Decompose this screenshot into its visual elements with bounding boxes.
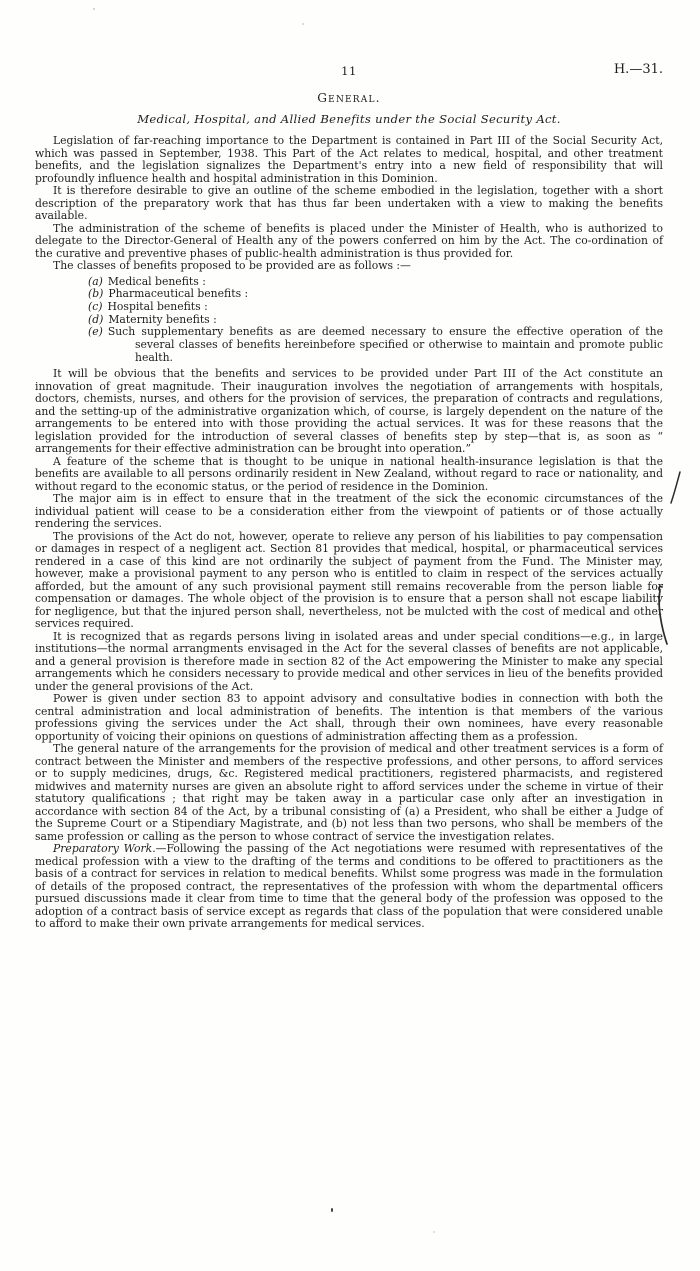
section-heading: General.	[35, 91, 663, 105]
list-item-label: (d)	[88, 313, 108, 326]
paragraph-administration: The administration of the scheme of bene…	[35, 223, 663, 261]
paragraph-preparatory-work: Preparatory Work.—Following the passing …	[35, 843, 663, 931]
paragraph-outline: It is therefore desirable to give an out…	[35, 185, 663, 223]
list-item-text: Such supplementary benefits as are deeme…	[108, 325, 663, 363]
scan-speck	[93, 8, 95, 10]
benefit-list-intro: The classes of benefits proposed to be p…	[35, 260, 663, 273]
list-item-label: (a)	[88, 275, 108, 288]
list-item-text: Hospital benefits :	[107, 300, 207, 313]
list-item-label: (e)	[88, 325, 108, 338]
list-item-label: (b)	[88, 287, 108, 300]
document-subtitle: Medical, Hospital, and Allied Benefits u…	[35, 112, 663, 126]
report-code: H.—31.	[614, 62, 663, 77]
paragraph-advisory-bodies: Power is given under section 83 to appoi…	[35, 693, 663, 743]
list-item-text: Pharmaceutical benefits :	[108, 287, 248, 300]
page-number: 11	[35, 64, 663, 78]
paragraph-innovation: It will be obvious that the benefits and…	[35, 368, 663, 456]
list-item-pharmaceutical: (b)Pharmaceutical benefits :	[135, 288, 663, 301]
list-item-label: (c)	[88, 300, 107, 313]
scan-speck	[433, 1231, 435, 1233]
list-item-text: Medical benefits :	[108, 275, 206, 288]
paragraph-negligence: The provisions of the Act do not, howeve…	[35, 531, 663, 631]
preparatory-work-lead: Preparatory Work.—	[53, 842, 166, 855]
scan-speck	[302, 23, 304, 25]
preparatory-work-text: Following the passing of the Act negotia…	[35, 842, 663, 930]
benefit-list: (a)Medical benefits : (b)Pharmaceutical …	[35, 276, 663, 365]
paragraph-special-arrangements: It is recognized that as regards persons…	[35, 631, 663, 694]
document-body: Legislation of far-reaching importance t…	[35, 135, 663, 931]
paragraph-unique-feature: A feature of the scheme that is thought …	[35, 456, 663, 494]
scan-speck	[331, 1208, 333, 1212]
list-item-supplementary: (e)Such supplementary benefits as are de…	[135, 326, 663, 364]
paragraph-legislation: Legislation of far-reaching importance t…	[35, 135, 663, 185]
document-page: 11 H.—31. General. Medical, Hospital, an…	[0, 0, 700, 1271]
list-item-text: Maternity benefits :	[108, 313, 216, 326]
margin-pen-slash-mark	[666, 470, 686, 506]
paragraph-major-aim: The major aim is in effect to ensure tha…	[35, 493, 663, 531]
paragraph-contract-nature: The general nature of the arrangements f…	[35, 743, 663, 843]
page-header: 11 H.—31.	[35, 64, 663, 80]
